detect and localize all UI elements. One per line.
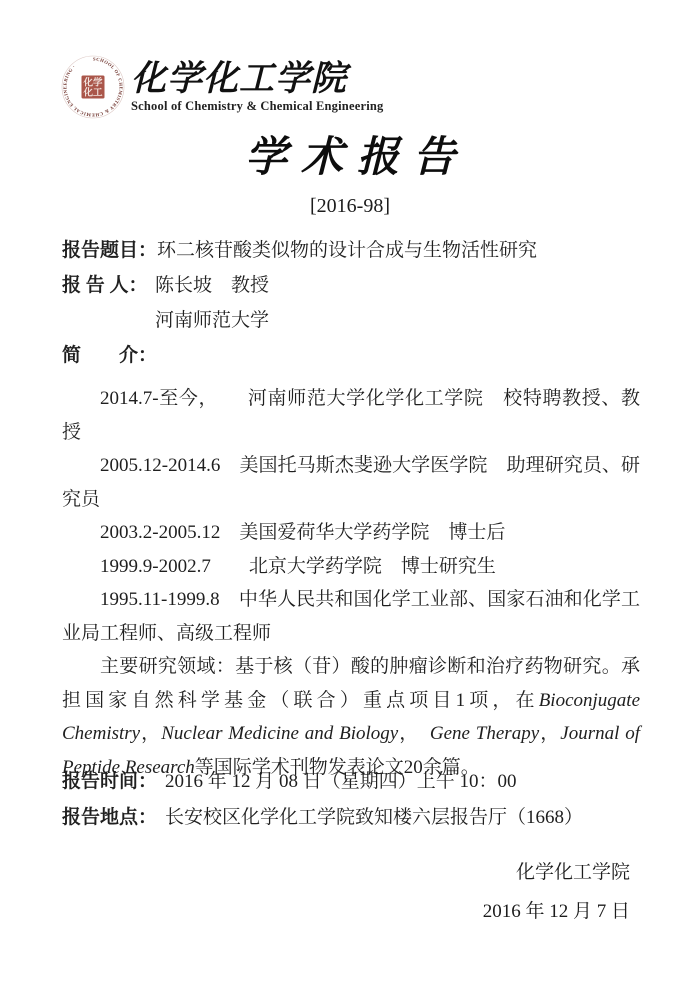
seal-center-bottom-text: 化工: [82, 87, 103, 99]
speaker-affiliation-row: 河南师范大学: [62, 303, 640, 338]
report-body: 报告题目：环二核苷酸类似物的设计合成与生物活性研究 报 告 人：陈长坡 教授 河…: [62, 233, 640, 784]
signature-block: 化学化工学院 2016 年 12 月 7 日: [483, 853, 630, 931]
place-value: 长安校区化学化工学院致知楼六层报告厅（1668）: [165, 807, 583, 828]
school-seal-icon: SCHOOL OF CHEMISTRY & CHEMICAL ENGINEERI…: [60, 54, 126, 120]
research-text: ，: [539, 723, 560, 744]
document-number: [2016-98]: [0, 195, 700, 218]
signature-date: 2016 年 12 月 7 日: [483, 892, 630, 931]
bio-item: 2003.2-2005.12 美国爱荷华大学药学院 博士后: [62, 516, 640, 550]
announcement-page: SCHOOL OF CHEMISTRY & CHEMICAL ENGINEERI…: [0, 0, 700, 989]
bio-period: 2005.12-2014.6: [100, 455, 239, 476]
research-text: ，: [140, 723, 161, 744]
bio-period: 1999.9-2002.7: [100, 556, 249, 577]
research-text: ，: [398, 723, 430, 744]
intro-row: 简 介：: [62, 338, 640, 373]
bio-item: 1999.9-2002.7 北京大学药学院 博士研究生: [62, 550, 640, 584]
intro-label: 简 介：: [62, 338, 157, 373]
document-title: 学术报告: [0, 124, 700, 184]
speaker-label: 报 告 人：: [62, 268, 155, 303]
schedule-block: 报告时间：2016 年 12 月 08 日（星期四）上午 10：00 报告地点：…: [62, 764, 640, 836]
bio-item: 1995.11-1999.8 中华人民共和国化学工业部、国家石油和化学工业局工程…: [62, 583, 640, 650]
time-value: 2016 年 12 月 08 日（星期四）上午 10：00: [165, 771, 517, 792]
school-name-cn: 化学化工学院: [131, 60, 383, 99]
signature-org: 化学化工学院: [483, 853, 630, 892]
bio-item: 2014.7-至今， 河南师范大学化学化工学院 校特聘教授、教授: [62, 382, 640, 449]
bio-period: 1995.11-1999.8: [100, 589, 239, 610]
time-row: 报告时间：2016 年 12 月 08 日（星期四）上午 10：00: [62, 764, 640, 800]
bio-detail: 美国爱荷华大学药学院 博士后: [239, 522, 505, 543]
school-wordmark: 化学化工学院 School of Chemistry & Chemical En…: [131, 60, 383, 115]
report-title-label: 报告题目：: [62, 233, 157, 268]
bio-item: 2005.12-2014.6 美国托马斯杰斐逊大学医学院 助理研究员、研究员: [62, 449, 640, 516]
journal-name: Gene Therapy: [430, 723, 539, 744]
school-name-en: School of Chemistry & Chemical Engineeri…: [131, 99, 383, 114]
place-row: 报告地点：长安校区化学化工学院致知楼六层报告厅（1668）: [62, 800, 640, 836]
bio-period: 2014.7-至今，: [100, 388, 248, 409]
school-header: SCHOOL OF CHEMISTRY & CHEMICAL ENGINEERI…: [60, 54, 383, 120]
time-label: 报告时间：: [62, 764, 157, 800]
place-label: 报告地点：: [62, 800, 157, 836]
speaker-value: 陈长坡 教授: [155, 275, 269, 296]
bio-detail: 北京大学药学院 博士研究生: [249, 556, 496, 577]
report-title-row: 报告题目：环二核苷酸类似物的设计合成与生物活性研究: [62, 233, 640, 268]
speaker-affiliation: 河南师范大学: [155, 310, 269, 331]
bio-period: 2003.2-2005.12: [100, 522, 239, 543]
journal-name: Nuclear Medicine and Biology: [161, 723, 398, 744]
speaker-row: 报 告 人：陈长坡 教授: [62, 268, 640, 303]
speaker-bio: 2014.7-至今， 河南师范大学化学化工学院 校特聘教授、教授 2005.12…: [62, 382, 640, 784]
report-title-value: 环二核苷酸类似物的设计合成与生物活性研究: [157, 240, 537, 261]
seal-center-top-text: 化学: [82, 77, 103, 89]
